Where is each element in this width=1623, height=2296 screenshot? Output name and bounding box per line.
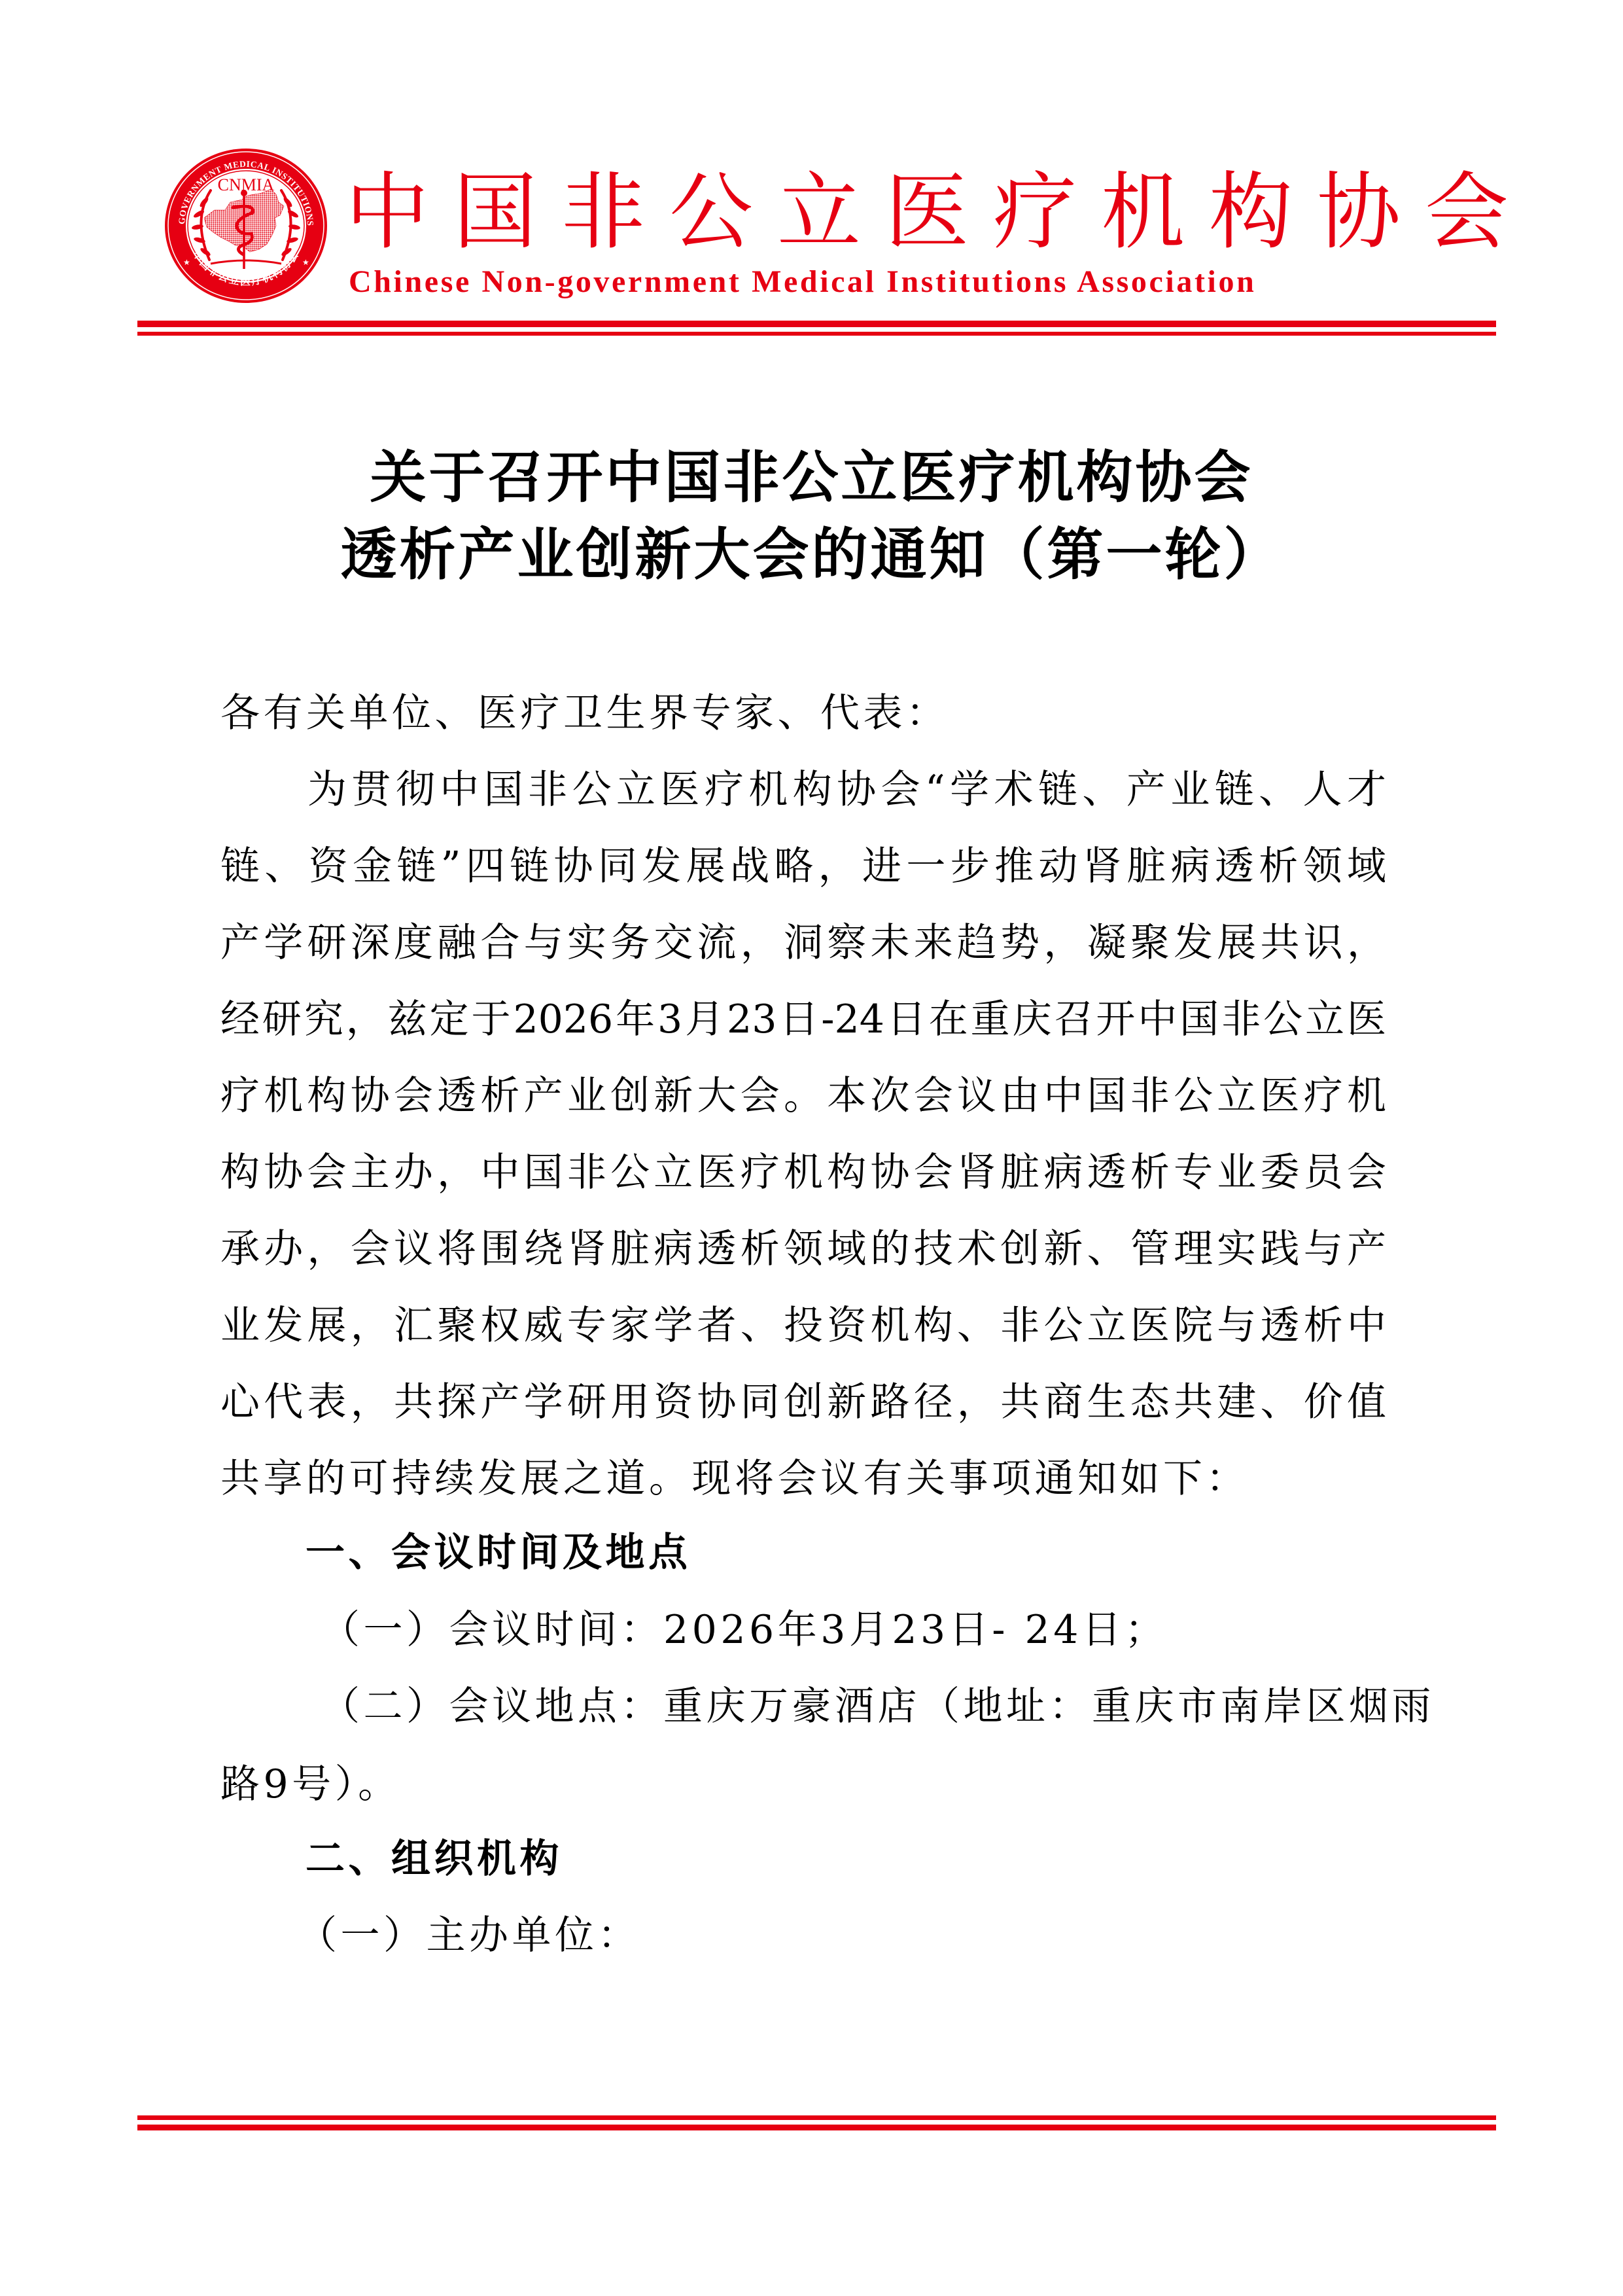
paragraph-line: 产学研深度融合与实务交流，洞察未来趋势，凝聚发展共识， xyxy=(220,920,1386,966)
header-rule-thin xyxy=(137,332,1496,336)
org-name-chinese: 中国非公立医疗机构协会 xyxy=(345,164,1533,262)
svg-text:★: ★ xyxy=(183,258,190,267)
title-line-2: 透析产业创新大会的通知（第一轮） xyxy=(0,522,1623,588)
paragraph-line: 业发展，汇聚权威专家学者、投资机构、非公立医院与透析中 xyxy=(220,1303,1386,1349)
header-rule-thick xyxy=(137,321,1496,327)
meeting-location-value: 重庆万豪酒店（地址：重庆市南岸区烟雨 xyxy=(663,1684,1435,1729)
footer-rule-thin xyxy=(137,2115,1496,2120)
org-name-english: Chinese Non-government Medical Instituti… xyxy=(349,264,1467,300)
paragraph-line: 链、资金链”四链协同发展战略，进一步推动肾脏病透析领域 xyxy=(220,843,1386,889)
footer-rule-thick xyxy=(137,2125,1496,2130)
section-heading: 一、会议时间及地点 xyxy=(305,1530,691,1576)
meeting-time-label: （一）会议时间： xyxy=(321,1607,663,1653)
meeting-time-item: （一）会议时间：2026年3月23日- 24日； xyxy=(321,1607,1168,1653)
cnmia-logo-icon: CHINESE NON-GOVERNMENT MEDICAL INSTITUTI… xyxy=(164,147,328,304)
paragraph-line: 承办，会议将围绕肾脏病透析领域的技术创新、管理实践与产 xyxy=(220,1226,1386,1272)
paragraph-line: 构协会主办，中国非公立医疗机构协会肾脏病透析专业委员会 xyxy=(220,1150,1386,1195)
salutation: 各有关单位、医疗卫生界专家、代表： xyxy=(220,690,949,736)
meeting-location-continued: 路9号）。 xyxy=(220,1761,401,1807)
host-unit-label: （一）主办单位： xyxy=(298,1913,640,1958)
meeting-location-label: （二）会议地点： xyxy=(321,1684,663,1729)
section-heading: 二、组织机构 xyxy=(305,1836,563,1882)
paragraph-line: 经研究，兹定于2026年3月23日-24日在重庆召开中国非公立医 xyxy=(220,997,1386,1042)
meeting-location-item: （二）会议地点：重庆万豪酒店（地址：重庆市南岸区烟雨 xyxy=(321,1684,1435,1729)
title-line-1: 关于召开中国非公立医疗机构协会 xyxy=(0,445,1623,510)
paragraph-line: 疗机构协会透析产业创新大会。本次会议由中国非公立医疗机 xyxy=(220,1073,1386,1119)
meeting-time-value: 2026年3月23日- 24日； xyxy=(663,1607,1168,1653)
paragraph-line: 为贯彻中国非公立医疗机构协会“学术链、产业链、人才 xyxy=(307,767,1386,813)
paragraph-line: 共享的可持续发展之道。现将会议有关事项通知如下： xyxy=(220,1456,1249,1502)
svg-text:★: ★ xyxy=(302,258,309,267)
paragraph-line: 心代表，共探产学研用资协同创新路径，共商生态共建、价值 xyxy=(220,1379,1386,1425)
